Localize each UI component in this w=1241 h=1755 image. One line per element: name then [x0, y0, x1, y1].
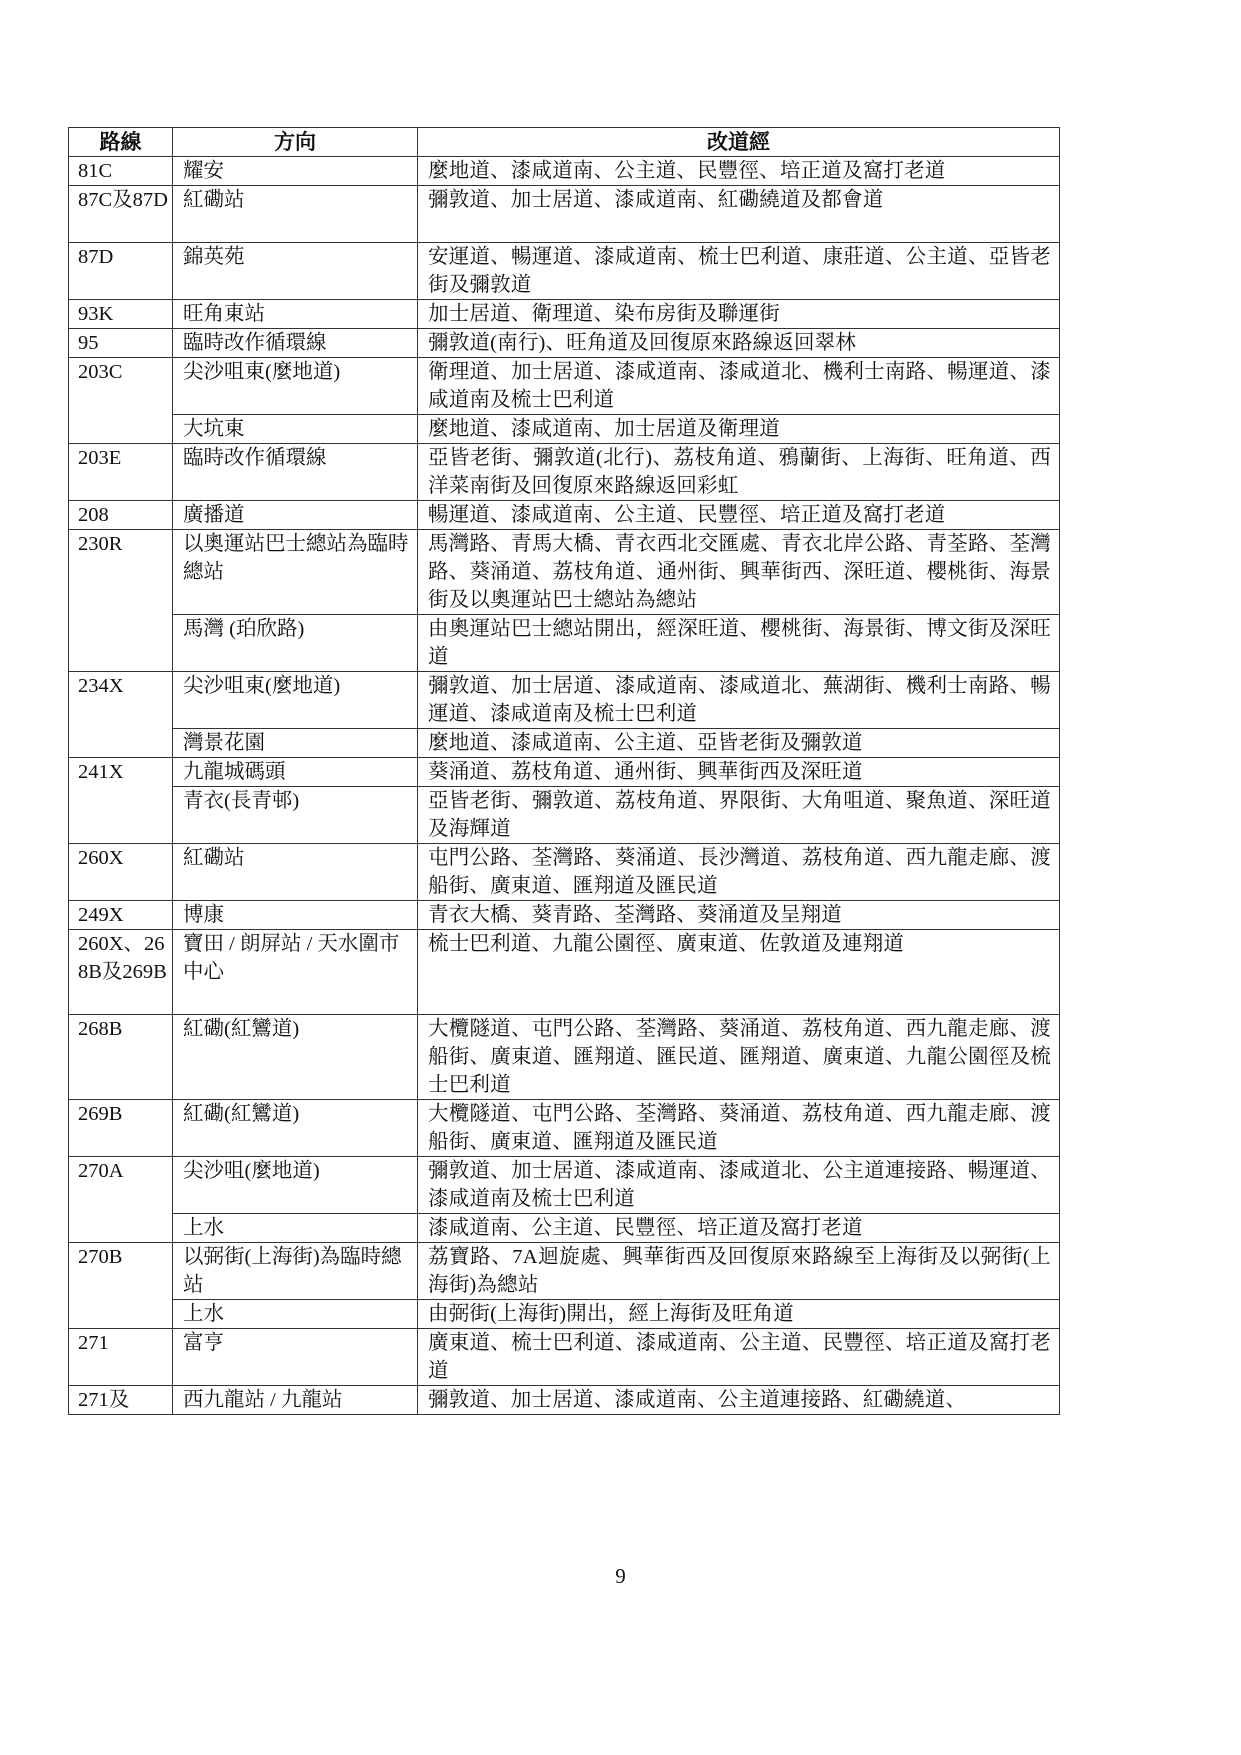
diversion-via-cell: 屯門公路、荃灣路、葵涌道、長沙灣道、荔枝角道、西九龍走廊、渡船街、廣東道、匯翔道… — [418, 844, 1060, 901]
diversion-via-cell: 由奧運站巴士總站開出，經深旺道、櫻桃街、海景街、博文街及深旺道 — [418, 615, 1060, 672]
document-page: 路線 方向 改道經 81C耀安麼地道、漆咸道南、公主道、民豐徑、培正道及窩打老道… — [0, 0, 1241, 1755]
table-row: 271富亨廣東道、梳士巴利道、漆咸道南、公主道、民豐徑、培正道及窩打老道 — [69, 1329, 1060, 1386]
page-number: 9 — [0, 1564, 1241, 1589]
direction-cell: 紅磡站 — [173, 186, 418, 243]
table-row: 203C尖沙咀東(麼地道)衛理道、加士居道、漆咸道南、漆咸道北、機利士南路、暢運… — [69, 358, 1060, 415]
table-row: 269B紅磡(紅鸞道)大欖隧道、屯門公路、荃灣路、葵涌道、荔枝角道、西九龍走廊、… — [69, 1100, 1060, 1157]
route-cell: 93K — [69, 300, 173, 329]
table-row: 270A尖沙咀(麼地道)彌敦道、加士居道、漆咸道南、漆咸道北、公主道連接路、暢運… — [69, 1157, 1060, 1214]
table-row: 260X、268B及269B寶田 / 朗屏站 / 天水圍市中心梳士巴利道、九龍公… — [69, 930, 1060, 1015]
table-row: 241X九龍城碼頭葵涌道、荔枝角道、通州街、興華街西及深旺道 — [69, 758, 1060, 787]
route-cell: 269B — [69, 1100, 173, 1157]
diversion-via-cell: 麼地道、漆咸道南、加士居道及衛理道 — [418, 415, 1060, 444]
table-row: 268B紅磡(紅鸞道)大欖隧道、屯門公路、荃灣路、葵涌道、荔枝角道、西九龍走廊、… — [69, 1015, 1060, 1100]
diversion-via-cell: 衛理道、加士居道、漆咸道南、漆咸道北、機利士南路、暢運道、漆咸道南及梳士巴利道 — [418, 358, 1060, 415]
header-direction: 方向 — [173, 128, 418, 157]
direction-cell: 以奧運站巴士總站為臨時總站 — [173, 530, 418, 615]
table-row: 203E臨時改作循環線亞皆老街、彌敦道(北行)、荔枝角道、鴉蘭街、上海街、旺角道… — [69, 444, 1060, 501]
table-row: 灣景花園麼地道、漆咸道南、公主道、亞皆老街及彌敦道 — [69, 729, 1060, 758]
route-cell: 234X — [69, 672, 173, 758]
route-cell: 230R — [69, 530, 173, 672]
route-cell: 260X — [69, 844, 173, 901]
route-cell: 203E — [69, 444, 173, 501]
diversion-via-cell: 梳士巴利道、九龍公園徑、廣東道、佐敦道及連翔道 — [418, 930, 1060, 1015]
header-route: 路線 — [69, 128, 173, 157]
direction-cell: 以弼街(上海街)為臨時總站 — [173, 1243, 418, 1300]
diversion-via-cell: 彌敦道、加士居道、漆咸道南、紅磡繞道及都會道 — [418, 186, 1060, 243]
table-row: 81C耀安麼地道、漆咸道南、公主道、民豐徑、培正道及窩打老道 — [69, 157, 1060, 186]
direction-cell: 耀安 — [173, 157, 418, 186]
direction-cell: 尖沙咀(麼地道) — [173, 1157, 418, 1214]
table-row: 上水漆咸道南、公主道、民豐徑、培正道及窩打老道 — [69, 1214, 1060, 1243]
route-diversion-table: 路線 方向 改道經 81C耀安麼地道、漆咸道南、公主道、民豐徑、培正道及窩打老道… — [68, 127, 1060, 1415]
diversion-via-cell: 麼地道、漆咸道南、公主道、民豐徑、培正道及窩打老道 — [418, 157, 1060, 186]
table-row: 上水由弼街(上海街)開出，經上海街及旺角道 — [69, 1300, 1060, 1329]
route-cell: 268B — [69, 1015, 173, 1100]
table-row: 271及西九龍站 / 九龍站彌敦道、加士居道、漆咸道南、公主道連接路、紅磡繞道、 — [69, 1386, 1060, 1415]
direction-cell: 大坑東 — [173, 415, 418, 444]
table-row: 大坑東麼地道、漆咸道南、加士居道及衛理道 — [69, 415, 1060, 444]
diversion-via-cell: 麼地道、漆咸道南、公主道、亞皆老街及彌敦道 — [418, 729, 1060, 758]
table-header-row: 路線 方向 改道經 — [69, 128, 1060, 157]
diversion-via-cell: 葵涌道、荔枝角道、通州街、興華街西及深旺道 — [418, 758, 1060, 787]
route-cell: 249X — [69, 901, 173, 930]
header-via: 改道經 — [418, 128, 1060, 157]
route-cell: 203C — [69, 358, 173, 444]
diversion-via-cell: 亞皆老街、彌敦道(北行)、荔枝角道、鴉蘭街、上海街、旺角道、西洋菜南街及回復原來… — [418, 444, 1060, 501]
diversion-via-cell: 廣東道、梳士巴利道、漆咸道南、公主道、民豐徑、培正道及窩打老道 — [418, 1329, 1060, 1386]
direction-cell: 富亨 — [173, 1329, 418, 1386]
table-row: 青衣(長青邨)亞皆老街、彌敦道、荔枝角道、界限街、大角咀道、聚魚道、深旺道及海輝… — [69, 787, 1060, 844]
diversion-via-cell: 彌敦道(南行)、旺角道及回復原來路線返回翠林 — [418, 329, 1060, 358]
table-row: 95臨時改作循環線彌敦道(南行)、旺角道及回復原來路線返回翠林 — [69, 329, 1060, 358]
direction-cell: 博康 — [173, 901, 418, 930]
table-body: 81C耀安麼地道、漆咸道南、公主道、民豐徑、培正道及窩打老道87C及87D紅磡站… — [69, 157, 1060, 1415]
direction-cell: 紅磡站 — [173, 844, 418, 901]
direction-cell: 尖沙咀東(麼地道) — [173, 358, 418, 415]
direction-cell: 寶田 / 朗屏站 / 天水圍市中心 — [173, 930, 418, 1015]
route-cell: 87D — [69, 243, 173, 300]
route-cell: 81C — [69, 157, 173, 186]
table-row: 234X尖沙咀東(麼地道)彌敦道、加士居道、漆咸道南、漆咸道北、蕪湖街、機利士南… — [69, 672, 1060, 729]
diversion-via-cell: 安運道、暢運道、漆咸道南、梳士巴利道、康莊道、公主道、亞皆老街及彌敦道 — [418, 243, 1060, 300]
direction-cell: 灣景花園 — [173, 729, 418, 758]
table-row: 93K旺角東站加士居道、衛理道、染布房街及聯運街 — [69, 300, 1060, 329]
direction-cell: 上水 — [173, 1214, 418, 1243]
route-cell: 241X — [69, 758, 173, 844]
diversion-via-cell: 青衣大橋、葵青路、荃灣路、葵涌道及呈翔道 — [418, 901, 1060, 930]
table-row: 馬灣 (珀欣路)由奧運站巴士總站開出，經深旺道、櫻桃街、海景街、博文街及深旺道 — [69, 615, 1060, 672]
route-cell: 95 — [69, 329, 173, 358]
direction-cell: 馬灣 (珀欣路) — [173, 615, 418, 672]
route-cell: 271及 — [69, 1386, 173, 1415]
direction-cell: 上水 — [173, 1300, 418, 1329]
direction-cell: 臨時改作循環線 — [173, 329, 418, 358]
direction-cell: 紅磡(紅鸞道) — [173, 1100, 418, 1157]
diversion-via-cell: 大欖隧道、屯門公路、荃灣路、葵涌道、荔枝角道、西九龍走廊、渡船街、廣東道、匯翔道… — [418, 1015, 1060, 1100]
direction-cell: 青衣(長青邨) — [173, 787, 418, 844]
table-row: 87C及87D紅磡站彌敦道、加士居道、漆咸道南、紅磡繞道及都會道 — [69, 186, 1060, 243]
direction-cell: 廣播道 — [173, 501, 418, 530]
diversion-via-cell: 大欖隧道、屯門公路、荃灣路、葵涌道、荔枝角道、西九龍走廊、渡船街、廣東道、匯翔道… — [418, 1100, 1060, 1157]
diversion-via-cell: 暢運道、漆咸道南、公主道、民豐徑、培正道及窩打老道 — [418, 501, 1060, 530]
table-row: 87D錦英苑安運道、暢運道、漆咸道南、梳士巴利道、康莊道、公主道、亞皆老街及彌敦… — [69, 243, 1060, 300]
diversion-via-cell: 彌敦道、加士居道、漆咸道南、漆咸道北、蕪湖街、機利士南路、暢運道、漆咸道南及梳士… — [418, 672, 1060, 729]
diversion-via-cell: 加士居道、衛理道、染布房街及聯運街 — [418, 300, 1060, 329]
direction-cell: 西九龍站 / 九龍站 — [173, 1386, 418, 1415]
diversion-via-cell: 漆咸道南、公主道、民豐徑、培正道及窩打老道 — [418, 1214, 1060, 1243]
direction-cell: 九龍城碼頭 — [173, 758, 418, 787]
direction-cell: 紅磡(紅鸞道) — [173, 1015, 418, 1100]
diversion-via-cell: 馬灣路、青馬大橋、青衣西北交匯處、青衣北岸公路、青荃路、荃灣路、葵涌道、荔枝角道… — [418, 530, 1060, 615]
table-row: 230R以奧運站巴士總站為臨時總站馬灣路、青馬大橋、青衣西北交匯處、青衣北岸公路… — [69, 530, 1060, 615]
route-cell: 260X、268B及269B — [69, 930, 173, 1015]
route-cell: 270A — [69, 1157, 173, 1243]
route-cell: 271 — [69, 1329, 173, 1386]
route-cell: 87C及87D — [69, 186, 173, 243]
table-row: 249X博康青衣大橋、葵青路、荃灣路、葵涌道及呈翔道 — [69, 901, 1060, 930]
direction-cell: 旺角東站 — [173, 300, 418, 329]
route-cell: 270B — [69, 1243, 173, 1329]
direction-cell: 錦英苑 — [173, 243, 418, 300]
diversion-via-cell: 彌敦道、加士居道、漆咸道南、公主道連接路、紅磡繞道、 — [418, 1386, 1060, 1415]
table-row: 270B以弼街(上海街)為臨時總站荔寶路、7A迴旋處、興華街西及回復原來路線至上… — [69, 1243, 1060, 1300]
diversion-via-cell: 彌敦道、加士居道、漆咸道南、漆咸道北、公主道連接路、暢運道、漆咸道南及梳士巴利道 — [418, 1157, 1060, 1214]
table-row: 208廣播道暢運道、漆咸道南、公主道、民豐徑、培正道及窩打老道 — [69, 501, 1060, 530]
direction-cell: 尖沙咀東(麼地道) — [173, 672, 418, 729]
diversion-via-cell: 荔寶路、7A迴旋處、興華街西及回復原來路線至上海街及以弼街(上海街)為總站 — [418, 1243, 1060, 1300]
diversion-via-cell: 由弼街(上海街)開出，經上海街及旺角道 — [418, 1300, 1060, 1329]
direction-cell: 臨時改作循環線 — [173, 444, 418, 501]
table-row: 260X紅磡站屯門公路、荃灣路、葵涌道、長沙灣道、荔枝角道、西九龍走廊、渡船街、… — [69, 844, 1060, 901]
route-cell: 208 — [69, 501, 173, 530]
diversion-via-cell: 亞皆老街、彌敦道、荔枝角道、界限街、大角咀道、聚魚道、深旺道及海輝道 — [418, 787, 1060, 844]
